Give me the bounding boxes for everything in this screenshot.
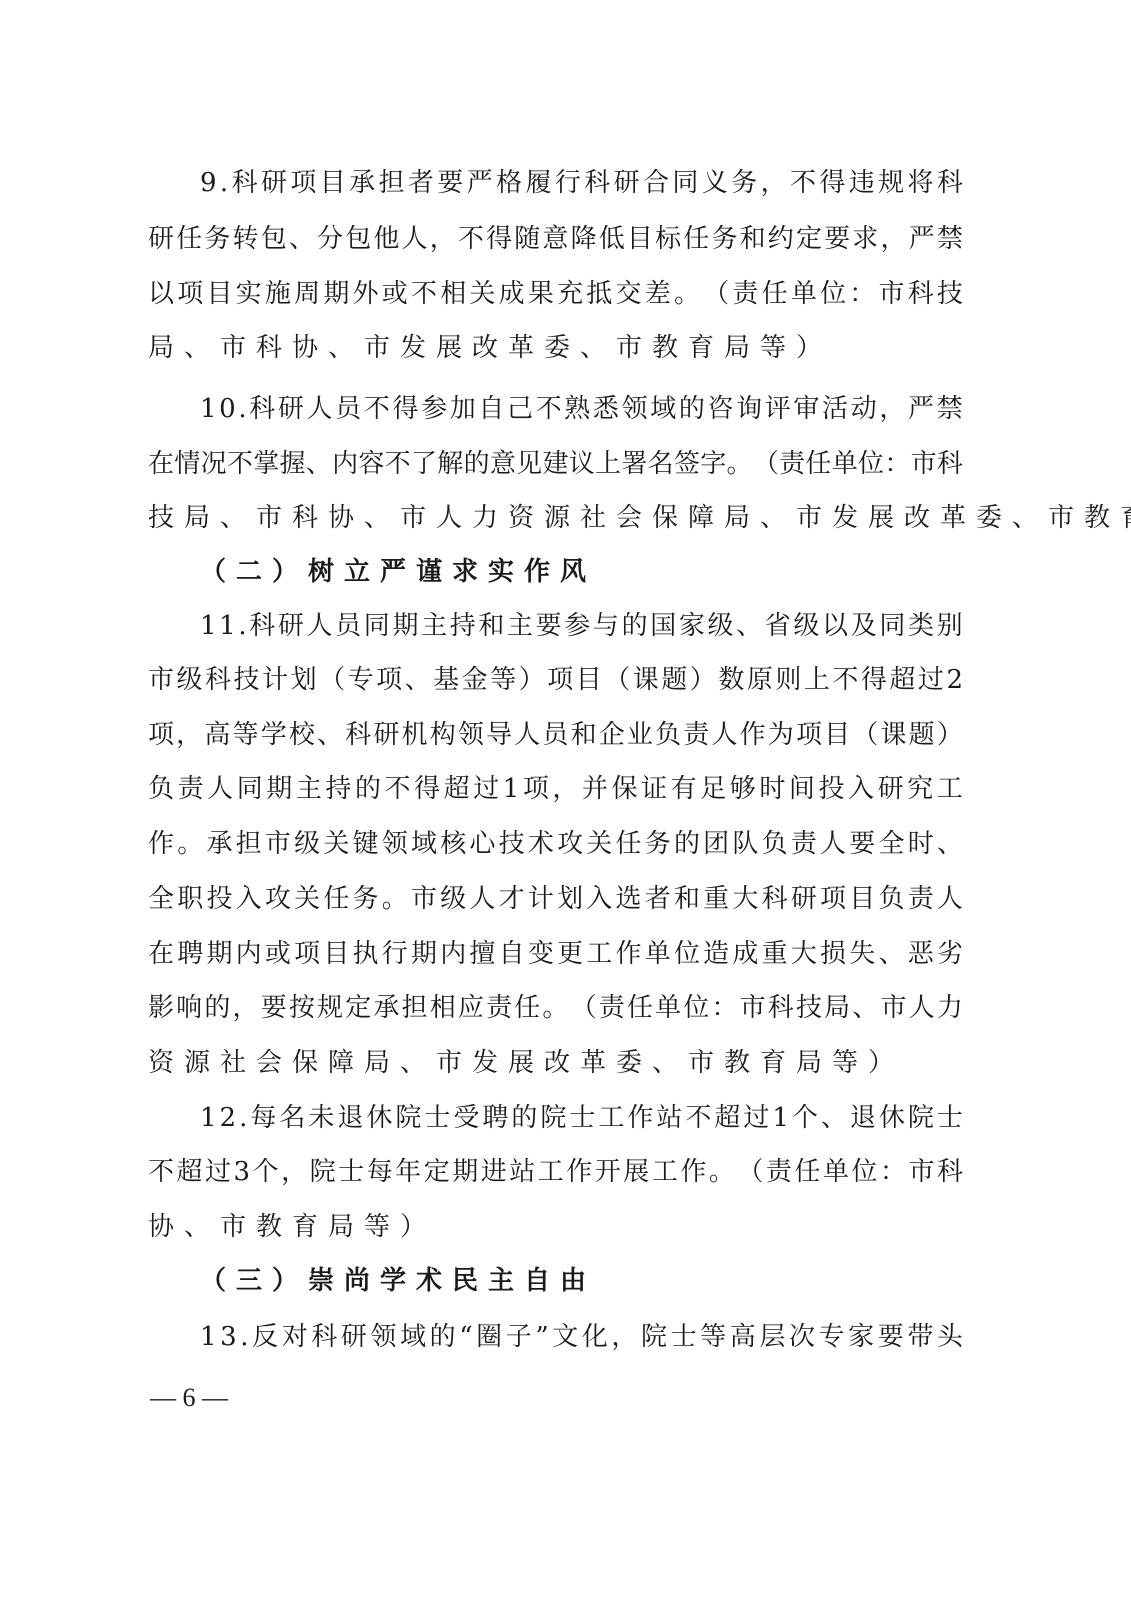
text-line-16: 影响的，要按规定承担相应责任。（责任单位：市科技局、市人力 xyxy=(148,988,963,1028)
text-line-15: 在聘期内或项目执行期内擅自变更工作单位造成重大损失、恶劣 xyxy=(148,934,963,974)
text-line-7: 技局、市科协、市人力资源社会保障局、市发展改革委、市教育局等） xyxy=(148,498,963,538)
page-number: — 6 — xyxy=(150,1378,228,1418)
text-line-2: 研任务转包、分包他人，不得随意降低目标任务和约定要求，严禁 xyxy=(148,219,963,259)
text-line-20: 协、市教育局等） xyxy=(148,1207,963,1247)
section-heading-2: （二）树立严谨求实作风 xyxy=(200,552,963,592)
text-line-12: 负责人同期主持的不得超过1项，并保证有足够时间投入研究工 xyxy=(148,769,963,809)
text-line-6: 在情况不掌握、内容不了解的意见建议上署名签字。（责任单位：市科 xyxy=(148,444,963,484)
text-line-19: 不超过3个，院士每年定期进站工作开展工作。（责任单位：市科 xyxy=(148,1152,963,1192)
text-line-11: 项，高等学校、科研机构领导人员和企业负责人作为项目（课题） xyxy=(148,715,963,755)
section-heading-3: （三）崇尚学术民主自由 xyxy=(200,1261,963,1301)
text-line-9: 11.科研人员同期主持和主要参与的国家级、省级以及同类别 xyxy=(200,606,963,646)
text-line-3: 以项目实施周期外或不相关成果充抵交差。（责任单位：市科技 xyxy=(148,274,963,314)
text-line-13: 作。承担市级关键领域核心技术攻关任务的团队负责人要全时、 xyxy=(148,824,963,864)
text-line-22: 13.反对科研领域的“圈子”文化，院士等高层次专家要带头 xyxy=(200,1317,963,1357)
text-line-4: 局、市科协、市发展改革委、市教育局等） xyxy=(148,328,963,368)
text-line-1: 9.科研项目承担者要严格履行科研合同义务，不得违规将科 xyxy=(200,163,963,203)
text-line-17: 资源社会保障局、市发展改革委、市教育局等） xyxy=(148,1043,963,1083)
text-line-14: 全职投入攻关任务。市级人才计划入选者和重大科研项目负责人 xyxy=(148,879,963,919)
text-line-10: 市级科技计划（专项、基金等）项目（课题）数原则上不得超过2 xyxy=(148,660,963,700)
text-line-5: 10.科研人员不得参加自己不熟悉领域的咨询评审活动，严禁 xyxy=(200,389,963,429)
document-page: 9.科研项目承担者要严格履行科研合同义务，不得违规将科 研任务转包、分包他人，不… xyxy=(0,0,1131,1600)
text-line-18: 12.每名未退休院士受聘的院士工作站不超过1个、退休院士 xyxy=(200,1098,963,1138)
